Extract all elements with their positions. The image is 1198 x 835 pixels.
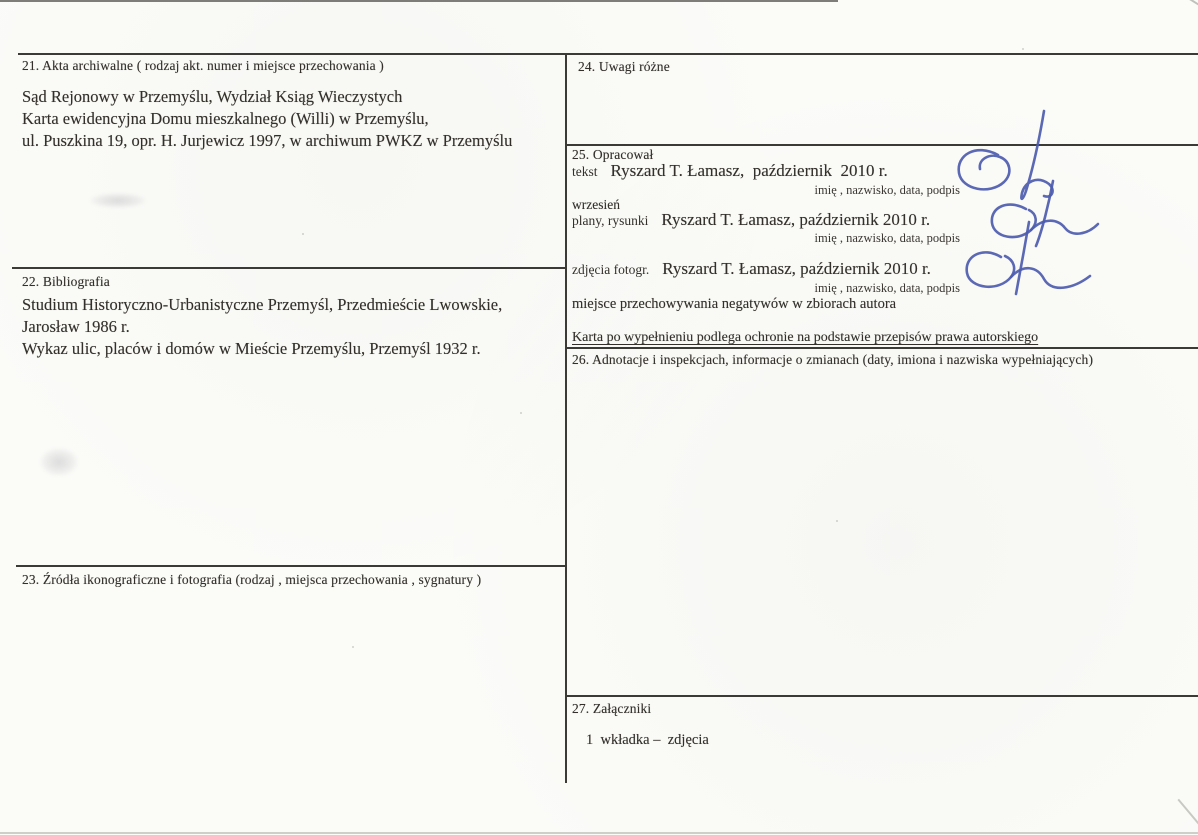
bibliography-line: Wykaz ulic, placów i domów w Mieście Prz…: [22, 338, 562, 360]
section-23-header: 23. Źródła ikonograficzne i fotografia (…: [22, 572, 481, 588]
signature-ink-3: [1011, 268, 1090, 288]
section-21-content: Sąd Rejonowy w Przemyślu, Wydział Ksiąg …: [22, 86, 562, 152]
author-row-label: zdjęcia fotogr.: [572, 262, 649, 278]
paper-speck: [520, 412, 522, 414]
author-row-label: tekst: [572, 164, 598, 180]
section-24-header: 24. Uwagi różne: [578, 59, 670, 75]
attachment-item: 1 wkładka – zdjęcia: [586, 732, 709, 749]
paper-smudge: [40, 448, 78, 476]
paper-speck: [1022, 48, 1024, 50]
bibliography-line: Jarosław 1986 r.: [22, 316, 562, 338]
signature-caption: imię , nazwisko, data, podpis: [572, 183, 960, 198]
section-27-header: 27. Załączniki: [572, 701, 651, 717]
rule-section-27: [565, 695, 1198, 697]
paper-speck: [302, 233, 304, 235]
author-row-value: Ryszard T. Łamasz, październik 2010 r.: [662, 259, 931, 279]
copyright-note: Karta po wypełnieniu podlega ochronie na…: [572, 330, 1038, 346]
scan-mark-top-right: [1169, 0, 1198, 11]
negatives-note: miejsce przechowywania negatywów w zbior…: [572, 296, 896, 313]
scan-edge-top: [0, 0, 838, 2]
scan-mark-bottom-right: [1177, 799, 1198, 835]
signature-ink-1: [959, 150, 1010, 189]
signature-caption: imię , nazwisko, data, podpis: [572, 281, 960, 296]
author-row-plans: plany, rysunki Ryszard T. Łamasz, paździ…: [572, 210, 930, 230]
rule-section-22: [12, 267, 565, 269]
bibliography-line: Studium Historyczno-Urbanistyczne Przemy…: [22, 294, 562, 316]
rule-top: [18, 53, 1198, 55]
section-22-header: 22. Bibliografia: [22, 274, 110, 290]
rule-section-26: [565, 347, 1198, 349]
archive-record-line: Karta ewidencyjna Domu mieszkalnego (Wil…: [22, 108, 562, 130]
handwritten-signatures: [940, 103, 1120, 308]
rule-center-divider: [565, 53, 567, 783]
rule-section-23: [16, 565, 565, 567]
paper-speck: [836, 520, 838, 522]
author-row-value: Ryszard T. Łamasz, październik 2010 r.: [661, 210, 930, 230]
signature-ink-3: [1016, 222, 1029, 294]
archive-record-line: Sąd Rejonowy w Przemyślu, Wydział Ksiąg …: [22, 86, 562, 108]
scanned-form-page: 21. Akta archiwalne ( rodzaj akt. numer …: [0, 0, 1198, 835]
paper-speck: [352, 646, 354, 648]
scan-edge-bottom: [0, 832, 1198, 834]
section-26-header: 26. Adnotacje i inspekcjach, informacje …: [572, 352, 1192, 368]
signature-ink-3: [967, 252, 1014, 286]
signature-ink-1: [1021, 111, 1052, 199]
signature-caption: imię , nazwisko, data, podpis: [572, 231, 960, 246]
section-22-content: Studium Historyczno-Urbanistyczne Przemy…: [22, 294, 562, 360]
archive-record-line: ul. Puszkina 19, opr. H. Jurjewicz 1997,…: [22, 130, 562, 152]
signature-ink-2: [1036, 181, 1053, 246]
paper-smudge: [90, 193, 146, 208]
section-21-header: 21. Akta archiwalne ( rodzaj akt. numer …: [22, 58, 384, 74]
author-row-text: tekst Ryszard T. Łamasz, październik 201…: [572, 161, 888, 181]
author-row-photos: zdjęcia fotogr. Ryszard T. Łamasz, paźdz…: [572, 259, 931, 279]
author-row-value: Ryszard T. Łamasz, październik 2010 r.: [611, 161, 888, 181]
author-row-label: plany, rysunki: [572, 213, 648, 229]
